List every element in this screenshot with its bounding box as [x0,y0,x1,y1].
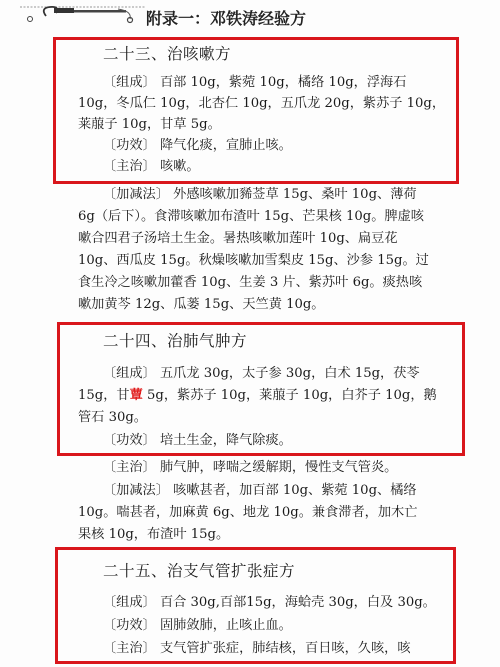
appendix-title: 附录一：邓铁涛经验方 [146,6,306,29]
section-text-line: 果核 10g，布渣叶 15g。 [78,525,229,545]
section-title: 二十四、治肺气肿方 [103,331,247,351]
section-text-line: 〔主治〕 肺气肿，哮喘之缓解期，慢性支气管炎。 [103,458,397,478]
section-text-line: 10g、西瓜皮 15g。秋燥咳嗽加雪梨皮 15g、沙参 15g。过 [78,251,429,271]
section-text-line: 莱菔子 10g，甘草 5g。 [78,115,221,135]
section-text-line: 食生冷之咳嗽加藿香 10g、生姜 3 片、紫苏叶 6g。痰热咳 [78,273,422,293]
section-text-line: 10g。喘甚者，加麻黄 6g、地龙 10g。兼食滞者，加木亡 [78,503,417,523]
section-text-line: 嗽合四君子汤培土生金。暑热咳嗽加莲叶 10g、扁豆花 [78,229,398,249]
page-header: 附录一：邓铁涛经验方 [0,0,500,32]
section-text-line: 〔加减法〕 咳嗽甚者，加百部 10g、紫菀 10g、橘络 [103,481,417,501]
section-text-line: 15g，甘蕈 5g，紫苏子 10g，莱菔子 10g，白芥子 10g，鹅 [78,386,437,406]
highlighted-character: 蕈 [130,388,143,403]
section-text-line: 〔组成〕 百部 10g，紫菀 10g，橘络 10g，浮海石 [103,73,406,93]
section-text-line: 〔功效〕 培土生金，降气除痰。 [103,431,292,451]
section-text-line: 管石 30g。 [78,408,147,428]
section-text-line: 〔主治〕 咳嗽。 [103,157,200,177]
section-title: 二十五、治支气管扩张症方 [103,561,295,581]
section-text-line: 10g，冬瓜仁 10g，北杏仁 10g，五爪龙 20g，紫苏子 10g， [78,94,445,114]
section-text-line: 〔组成〕 百合 30g,百部15g，海蛤壳 30g，白及 30g。 [103,593,436,613]
text-fragment: 5g，紫苏子 10g，莱菔子 10g，白芥子 10g，鹅 [143,388,437,403]
section-text-line: 〔主治〕 支气管扩张症，肺结核，百日咳，久咳，咳 [103,639,411,659]
section-text-line: 〔加减法〕 外感咳嗽加豨莶草 15g、桑叶 10g、薄荷 [103,185,417,205]
section-text-line: 〔功效〕 固肺敛肺，止咳止血。 [103,616,292,636]
section-text-line: 嗽加黄芩 12g、瓜蒌 15g、天竺黄 10g。 [78,295,325,315]
section-title: 二十三、治咳嗽方 [103,44,231,64]
section-text-line: 〔组成〕 五爪龙 30g，太子参 30g，白术 15g，茯苓 [103,364,420,384]
section-text-line: 6g（后下）。食滞咳嗽加布渣叶 15g、芒果核 10g。脾虚咳 [78,207,424,227]
section-text-line: 〔功效〕 降气化痰，宣肺止咳。 [103,136,292,156]
decorative-flourish-icon [18,2,148,24]
text-fragment: 15g，甘 [78,388,130,403]
